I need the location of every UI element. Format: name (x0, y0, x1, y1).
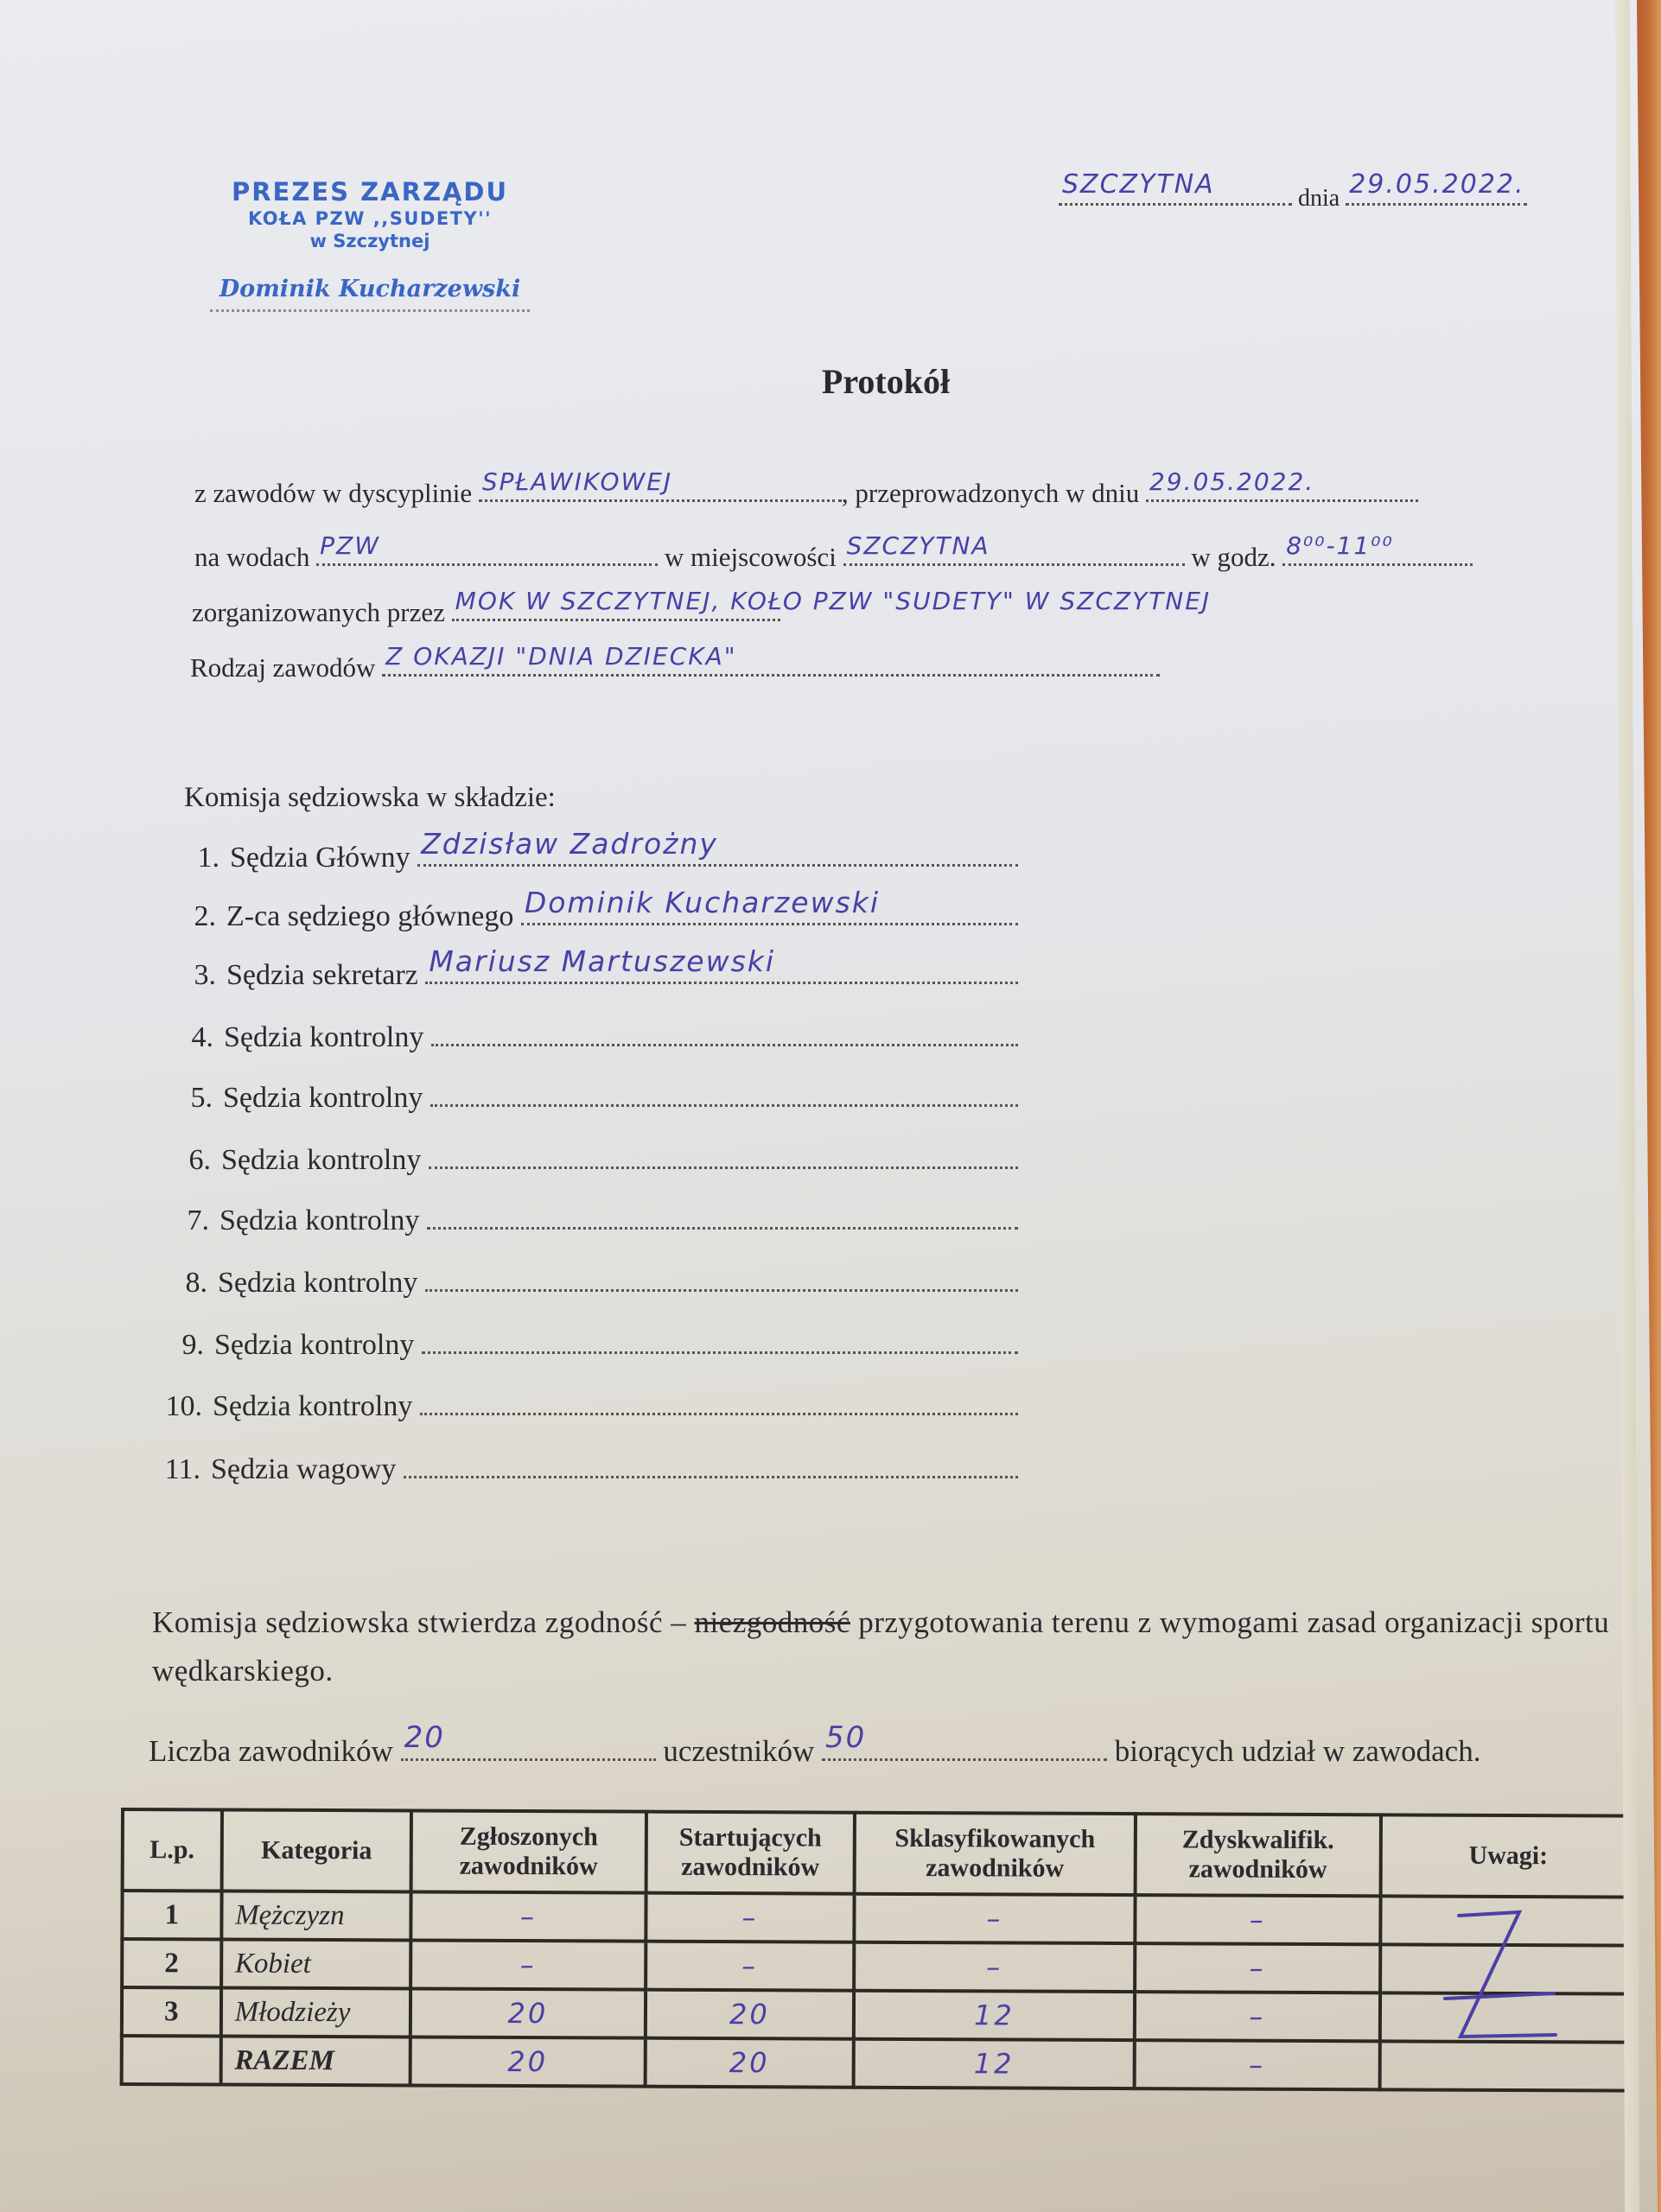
judge-name-field[interactable] (404, 1450, 1018, 1478)
reported-value: 20 (507, 2045, 548, 2078)
disqualified-value: – (1250, 1904, 1266, 1936)
category-cell: Mężczyzn (221, 1891, 411, 1941)
date-label: dnia (1298, 185, 1340, 212)
hours-field[interactable]: 8⁰⁰-11⁰⁰ (1282, 537, 1473, 566)
statement-struck-word: niezgodność (695, 1605, 850, 1639)
competition-type-field[interactable]: Z OKAZJI "DNIA DZIECKA" (382, 648, 1160, 677)
commission-heading: Komisja sędziowska w składzie: (184, 782, 556, 814)
judge-name-field[interactable] (431, 1018, 1018, 1046)
column-header: Uwagi: (1381, 1815, 1636, 1897)
stamp-name: Dominik Kucharzewski (206, 276, 534, 302)
classified-value: – (986, 1950, 1002, 1983)
participant-count-row: Liczba zawodników 20 uczestników 50 bior… (149, 1732, 1480, 1769)
reported-cell[interactable]: 20 (410, 1988, 646, 2037)
judge-row: 1.Sędzia Główny Zdzisław Zadrożny (176, 838, 1018, 874)
table-row: 1Mężczyzn–––– (122, 1891, 1635, 1946)
reported-cell[interactable]: 20 (410, 2037, 646, 2086)
judge-number: 1. (176, 842, 220, 874)
remarks-cell[interactable] (1380, 2041, 1635, 2090)
starting-cell[interactable]: – (646, 1942, 855, 1991)
judge-name-field[interactable] (430, 1078, 1018, 1107)
lp-cell (122, 2036, 221, 2084)
starting-value: – (741, 1901, 758, 1934)
stamp-line-3: w Szczytnej (206, 231, 534, 251)
results-table: L.p.KategoriaZgłoszonych zawodnikówStart… (120, 1808, 1638, 2093)
judge-number: 9. (161, 1329, 204, 1362)
organizer-label: zorganizowanych przez (192, 597, 445, 627)
disqualified-cell[interactable]: – (1134, 2040, 1380, 2089)
judge-name-value: Zdzisław Zadrożny (421, 827, 718, 861)
classified-cell[interactable]: – (854, 1942, 1135, 1992)
disqualified-cell[interactable]: – (1135, 1895, 1381, 1944)
judge-role: Sędzia kontrolny (224, 1021, 423, 1053)
column-header: Zgłoszonych zawodników (411, 1810, 646, 1892)
classified-cell[interactable]: – (855, 1894, 1136, 1943)
judge-role: Sędzia sekretarz (226, 959, 418, 991)
judge-row: 7.Sędzia kontrolny (166, 1201, 1018, 1237)
lp-cell: 2 (122, 1939, 221, 1987)
page-title: Protokół (0, 361, 1661, 402)
column-header: L.p. (123, 1809, 222, 1891)
judge-row: 9.Sędzia kontrolny (161, 1325, 1018, 1362)
reported-cell[interactable]: – (411, 1891, 646, 1941)
place-date-line: SZCZYTNA dnia 29.05.2022. (1059, 177, 1527, 213)
judge-role: Sędzia kontrolny (221, 1144, 421, 1176)
place-value: SZCZYTNA (1062, 169, 1215, 200)
competitors-value: 20 (404, 1720, 445, 1755)
judge-number: 5. (169, 1082, 213, 1115)
waters-value: PZW (320, 531, 380, 560)
organizer-row: zorganizowanych przez MOK W SZCZYTNEJ, K… (192, 593, 780, 628)
judge-name-field[interactable] (422, 1325, 1018, 1354)
judge-role: Sędzia kontrolny (223, 1082, 423, 1114)
judge-number: 2. (173, 900, 216, 933)
judge-row: 10.Sędzia kontrolny (159, 1387, 1018, 1423)
judge-name-value: Dominik Kucharzewski (525, 886, 880, 919)
hours-label: w godz. (1191, 542, 1276, 572)
reported-cell[interactable]: – (410, 1940, 646, 1989)
judge-name-field[interactable]: Zdzisław Zadrożny (417, 838, 1018, 867)
category-cell: RAZEM (220, 2037, 410, 2086)
discipline-field[interactable]: SPŁAWIKOWEJ (479, 474, 842, 502)
lp-cell: 1 (122, 1891, 221, 1939)
disqualified-cell[interactable]: – (1135, 1992, 1381, 2041)
classified-cell[interactable]: 12 (854, 1991, 1135, 2040)
judge-number: 11. (157, 1453, 200, 1486)
compliance-statement: Komisja sędziowska stwierdza zgodność – … (152, 1599, 1661, 1695)
classified-cell[interactable]: 12 (854, 2039, 1135, 2088)
judge-name-field[interactable] (425, 1263, 1018, 1292)
judge-role: Sędzia kontrolny (213, 1390, 412, 1422)
reported-value: – (520, 1900, 537, 1933)
starting-value: – (741, 1949, 758, 1982)
column-header: Zdyskwalifik. zawodników (1135, 1814, 1381, 1896)
competitors-label: Liczba zawodników (149, 1734, 393, 1768)
stamp-line-2: KOŁA PZW ,,SUDETY'' (206, 208, 534, 229)
competition-type-label: Rodzaj zawodów (190, 652, 375, 683)
judge-name-field[interactable] (429, 1141, 1018, 1169)
judge-number: 4. (170, 1021, 213, 1054)
judge-row: 5.Sędzia kontrolny (169, 1078, 1018, 1115)
disqualified-value: – (1249, 2049, 1265, 2082)
discipline-row: z zawodów w dyscyplinie SPŁAWIKOWEJ, prz… (194, 474, 1418, 509)
judge-role: Sędzia wagowy (211, 1453, 396, 1485)
judge-name-value: Mariusz Martuszewski (429, 944, 775, 978)
discipline-value: SPŁAWIKOWEJ (482, 467, 672, 496)
participants-label: uczestników (663, 1734, 814, 1768)
judge-row: 2.Z-ca sędziego głównego Dominik Kucharz… (173, 897, 1018, 933)
competition-type-row: Rodzaj zawodów Z OKAZJI "DNIA DZIECKA" (190, 648, 1160, 683)
disqualified-value: – (1250, 1952, 1266, 1985)
remarks-z-mark (1426, 1905, 1581, 2044)
waters-label: na wodach (194, 542, 309, 572)
judge-row: 4.Sędzia kontrolny (170, 1018, 1018, 1054)
organizer-field[interactable]: MOK W SZCZYTNEJ, KOŁO PZW "SUDETY" W SZC… (452, 593, 780, 621)
disqualified-value: – (1249, 2000, 1265, 2033)
starting-value: 20 (729, 2046, 770, 2079)
table-row: 3Młodzieży202012– (122, 1987, 1635, 2043)
town-field[interactable]: SZCZYTNA (843, 537, 1185, 566)
judge-row: 6.Sędzia kontrolny (168, 1141, 1018, 1177)
category-cell: Kobiet (221, 1940, 411, 1989)
competition-type-value: Z OKAZJI "DNIA DZIECKA" (385, 642, 737, 671)
judge-name-field[interactable]: Dominik Kucharzewski (521, 897, 1018, 925)
participants-field[interactable]: 50 (822, 1732, 1107, 1761)
judge-role: Sędzia kontrolny (218, 1267, 417, 1299)
starting-cell[interactable]: 20 (645, 1990, 854, 2039)
judge-number: 6. (168, 1144, 211, 1177)
judge-role: Z-ca sędziego głównego (226, 900, 513, 932)
judge-name-field[interactable]: Mariusz Martuszewski (425, 956, 1018, 984)
judge-row: 8.Sędzia kontrolny (164, 1263, 1018, 1300)
judge-role: Sędzia kontrolny (220, 1205, 419, 1236)
judge-name-field[interactable] (427, 1201, 1018, 1230)
judge-number: 8. (164, 1267, 207, 1300)
competitors-field[interactable]: 20 (401, 1732, 656, 1761)
judge-row: 11.Sędzia wagowy (157, 1450, 1018, 1486)
starting-value: 20 (729, 1998, 770, 2031)
protocol-document: PREZES ZARZĄDU KOŁA PZW ,,SUDETY'' w Szc… (0, 0, 1607, 2212)
starting-cell[interactable]: – (646, 1893, 855, 1942)
participants-value: 50 (825, 1720, 866, 1755)
starting-cell[interactable]: 20 (645, 2038, 854, 2088)
table-row: 2Kobiet–––– (122, 1939, 1635, 1994)
stamp-line-1: PREZES ZARZĄDU (206, 177, 534, 207)
judge-number: 3. (173, 959, 216, 992)
date-field[interactable]: 29.05.2022. (1346, 177, 1527, 206)
stamp-signature-line (210, 309, 530, 312)
town-value: SZCZYTNA (847, 531, 990, 560)
conducted-date-value: 29.05.2022. (1149, 467, 1314, 496)
waters-row: na wodach PZW w miejscowości SZCZYTNA w … (194, 537, 1473, 573)
discipline-label: z zawodów w dyscyplinie (194, 478, 472, 508)
waters-field[interactable]: PZW (316, 537, 658, 566)
table-header-row: L.p.KategoriaZgłoszonych zawodnikówStart… (123, 1809, 1636, 1897)
judge-number: 7. (166, 1205, 209, 1237)
judge-name-field[interactable] (420, 1387, 1018, 1415)
column-header: Sklasyfikowanych zawodników (855, 1813, 1136, 1895)
conducted-date-field[interactable]: 29.05.2022. (1146, 474, 1418, 502)
judge-row: 3.Sędzia sekretarz Mariusz Martuszewski (173, 956, 1018, 992)
judge-number: 10. (159, 1390, 202, 1423)
column-header: Startujących zawodników (646, 1812, 855, 1894)
classified-value: 12 (974, 1999, 1015, 2031)
date-value: 29.05.2022. (1349, 169, 1524, 200)
reported-value: 20 (507, 1997, 548, 2030)
disqualified-cell[interactable]: – (1135, 1943, 1381, 1993)
judge-role: Sędzia kontrolny (214, 1329, 414, 1361)
lp-cell: 3 (122, 1987, 221, 2036)
reported-value: – (520, 1948, 537, 1981)
place-field[interactable]: SZCZYTNA (1059, 177, 1292, 206)
column-header: Kategoria (221, 1810, 411, 1892)
conducted-label: , przeprowadzonych w dniu (842, 478, 1139, 508)
organizer-value: MOK W SZCZYTNEJ, KOŁO PZW "SUDETY" W SZC… (455, 587, 1212, 615)
town-label: w miejscowości (665, 542, 837, 572)
hours-value: 8⁰⁰-11⁰⁰ (1286, 531, 1393, 560)
statement-part-1: Komisja sędziowska stwierdza zgodność – (152, 1605, 686, 1639)
category-cell: Młodzieży (221, 1988, 411, 2037)
classified-value: 12 (974, 2047, 1015, 2080)
classified-value: – (986, 1902, 1002, 1935)
table-row: RAZEM202012– (122, 2036, 1635, 2091)
judge-role: Sędzia Główny (230, 842, 410, 874)
table-body: 1Mężczyzn––––2Kobiet––––3Młodzieży202012… (122, 1891, 1636, 2091)
count-suffix: biorących udział w zawodach. (1115, 1734, 1481, 1768)
board-president-stamp: PREZES ZARZĄDU KOŁA PZW ,,SUDETY'' w Szc… (206, 177, 534, 312)
